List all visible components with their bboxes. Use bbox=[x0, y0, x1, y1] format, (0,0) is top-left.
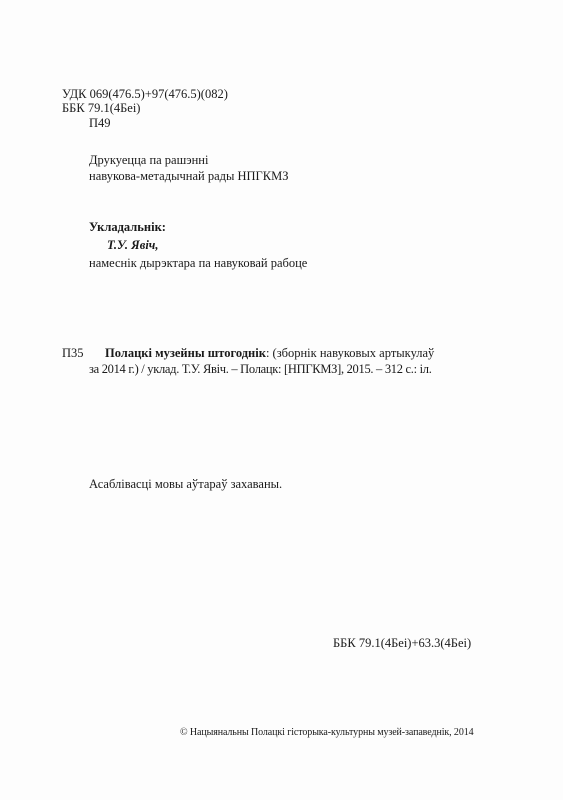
catalog-entry-line-1-rest: : (зборнік навуковых артыкулаў bbox=[266, 346, 434, 360]
language-note: Асаблівасці мовы аўтараў захаваны. bbox=[89, 476, 282, 492]
bbk-bottom-code: ББК 79.1(4Беі)+63.3(4Беі) bbox=[333, 635, 471, 651]
compiler-name: Т.У. Явіч, bbox=[107, 237, 159, 253]
bbk-code: ББК 79.1(4Беі) bbox=[62, 100, 140, 116]
compiler-position: намеснік дырэктара па навуковай рабоце bbox=[89, 255, 307, 271]
compiler-label: Укладальнік: bbox=[89, 219, 166, 235]
catalog-entry-line-2: за 2014 г.) / уклад. Т.У. Явіч. – Полацк… bbox=[89, 361, 432, 377]
publication-title: Полацкі музейны штогоднік bbox=[105, 346, 266, 360]
copyright-notice: © Нацыянальны Полацкі гісторыка-культурн… bbox=[180, 725, 474, 741]
catalog-code: П35 bbox=[62, 345, 84, 361]
author-mark: П49 bbox=[89, 115, 111, 131]
approval-line-1: Друкуецца па рашэнні bbox=[89, 152, 208, 168]
catalog-entry-line-1: Полацкі музейны штогоднік: (зборнік наву… bbox=[105, 345, 434, 361]
approval-line-2: навукова-метадычнай рады НПГКМЗ bbox=[89, 168, 289, 184]
